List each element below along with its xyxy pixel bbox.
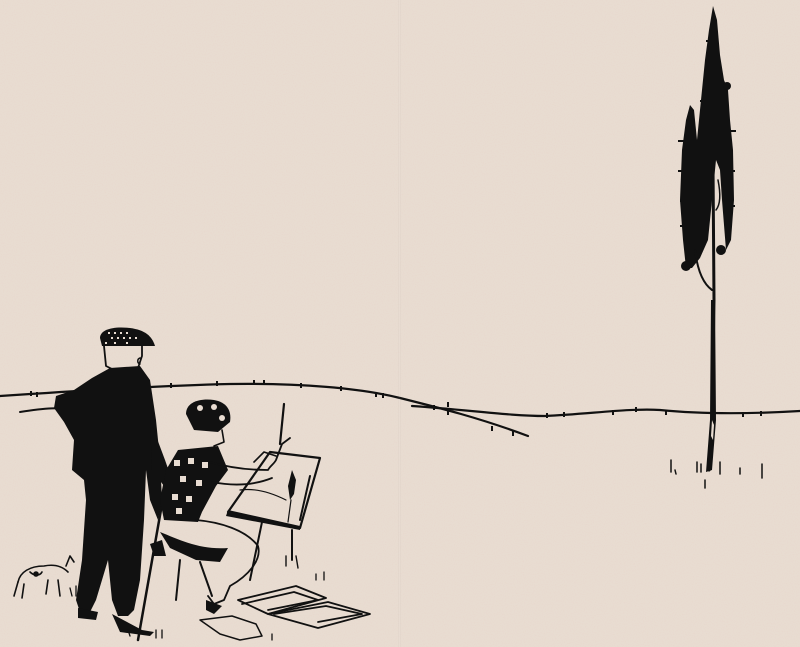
page-fold [398,0,401,647]
illustration [0,0,800,647]
